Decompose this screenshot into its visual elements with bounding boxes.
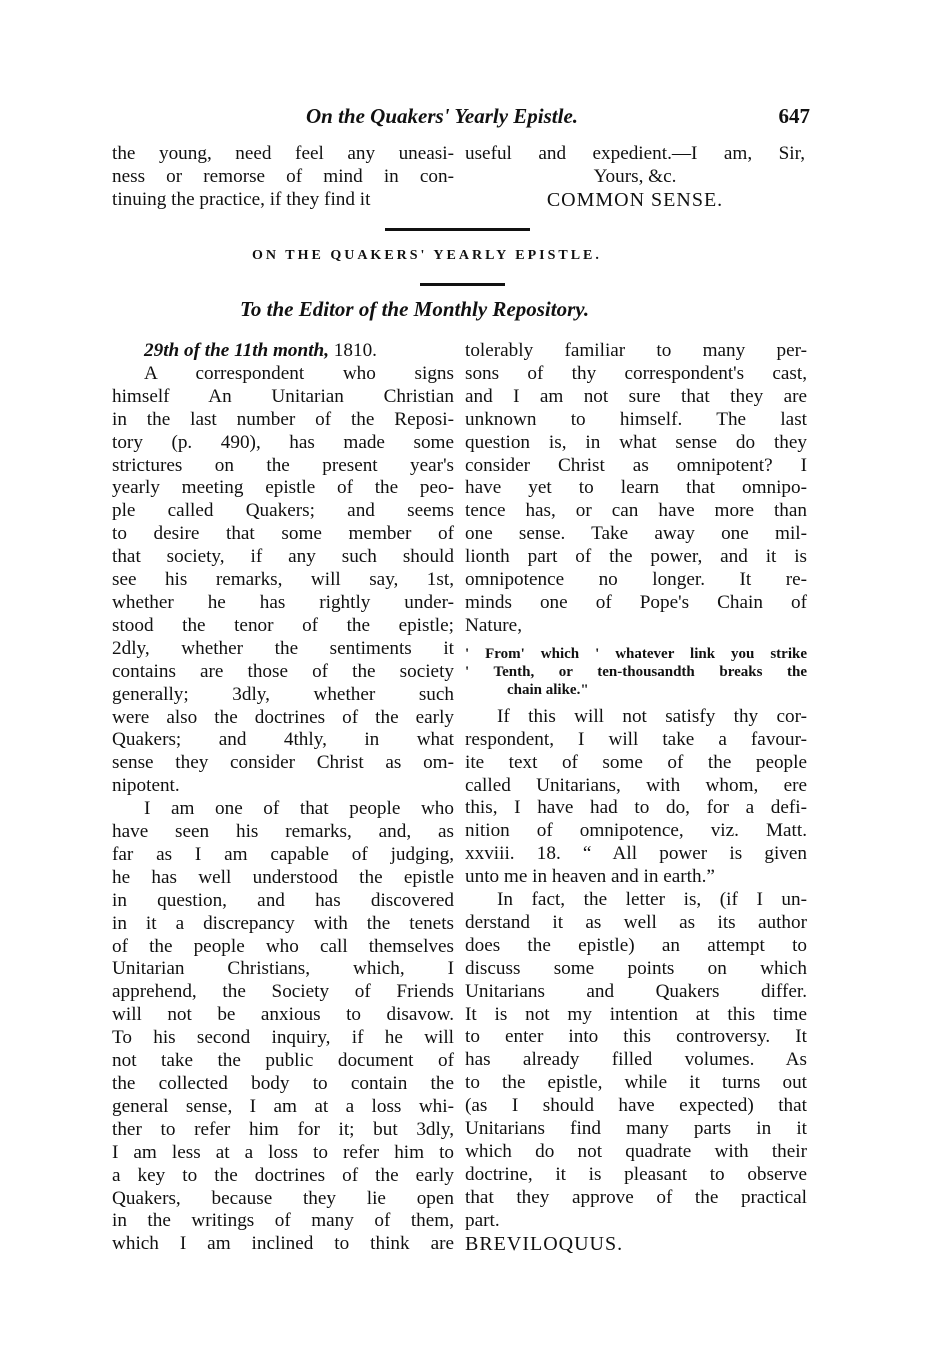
text-line: lionth part of the power, and it is <box>465 546 807 569</box>
text-line: in it a discrepancy with the tenets <box>112 913 454 936</box>
running-head: On the Quakers' Yearly Epistle. 647 <box>110 104 810 134</box>
text-line: nipotent. <box>112 775 454 798</box>
text-line: has already filled volumes. As <box>465 1049 807 1072</box>
text-line: and I am not sure that they are <box>465 386 807 409</box>
text-line: Nature, <box>465 615 807 638</box>
text-line: to desire that some member of <box>112 523 454 546</box>
quote-line: chain alike." <box>465 681 807 699</box>
text-line: that society, if any such should <box>112 546 454 569</box>
quote-line: ' From' which ' whatever link you strike <box>465 645 807 663</box>
text-line: of the people who call themselves <box>112 936 454 959</box>
previous-letter-right-column: useful and expedient.—I am, Sir, Yours, … <box>465 143 805 212</box>
text-line: unto me in heaven and in earth.” <box>465 866 807 889</box>
text-line: respondent, I will take a favour- <box>465 729 807 752</box>
previous-letter-left-column: the young, need feel any uneasi- ness or… <box>112 143 454 212</box>
block-quote: ' From' which ' whatever link you strike… <box>465 645 807 699</box>
text-line: consider Christ as omnipotent? I <box>465 455 807 478</box>
text-line: ite text of some of the people <box>465 752 807 775</box>
dateline-date: 29th of the 11th month, <box>144 340 329 361</box>
text-line: does the epistle) an attempt to <box>465 935 807 958</box>
article-right-column: tolerably familiar to many per- sons of … <box>465 340 807 1256</box>
previous-letter-signature: COMMON SENSE. <box>465 189 805 212</box>
text-line: see his remarks, will say, 1st, <box>112 569 454 592</box>
text-line: have yet to learn that omnipo- <box>465 477 807 500</box>
text-line: ther to refer him for it; but 3dly, <box>112 1119 454 1142</box>
text-line: sons of thy correspondent's cast, <box>465 363 807 386</box>
text-line: will not be anxious to disavow. <box>112 1004 454 1027</box>
text-line: the young, need feel any uneasi- <box>112 143 454 166</box>
text-line: tence has, or can have more than <box>465 500 807 523</box>
text-line: were also the doctrines of the early <box>112 707 454 730</box>
text-line: Unitarian Christians, which, I <box>112 958 454 981</box>
author-signature: BREVILOQUUS. <box>465 1233 807 1256</box>
text-line: in the last number of the Reposi- <box>112 409 454 432</box>
text-line: which I am inclined to think are <box>112 1233 454 1256</box>
text-line: tinuing the practice, if they find it <box>112 189 454 212</box>
text-line: It is not my intention at this time <box>465 1004 807 1027</box>
text-line: contains are those of the society <box>112 661 454 684</box>
text-line: the collected body to contain the <box>112 1073 454 1096</box>
text-line: ness or remorse of mind in con- <box>112 166 454 189</box>
text-line: called Unitarians, with whom, ere <box>465 775 807 798</box>
text-line: part. <box>465 1210 807 1233</box>
text-line: Unitarians find many parts in it <box>465 1118 807 1141</box>
text-line: I am less at a loss to refer him to <box>112 1142 454 1165</box>
spacer <box>465 699 807 706</box>
text-line: he has well understood the epistle <box>112 867 454 890</box>
text-line: one sense. Take away one mil- <box>465 523 807 546</box>
text-line: not take the public document of <box>112 1050 454 1073</box>
text-line: far as I am capable of judging, <box>112 844 454 867</box>
text-line: minds one of Pope's Chain of <box>465 592 807 615</box>
text-line: generally; 3dly, whether such <box>112 684 454 707</box>
text-line: xxviii. 18. “ All power is given <box>465 843 807 866</box>
text-line: tolerably familiar to many per- <box>465 340 807 363</box>
text-line: to the epistle, while it turns out <box>465 1072 807 1095</box>
text-line: to enter into this controversy. It <box>465 1026 807 1049</box>
text-line: a key to the doctrines of the early <box>112 1165 454 1188</box>
page-number: 647 <box>779 104 811 129</box>
text-line: in the writings of many of them, <box>112 1210 454 1233</box>
text-line: sense they consider Christ as om- <box>112 752 454 775</box>
text-line: question is, in what sense do they <box>465 432 807 455</box>
text-line: himself An Unitarian Christian <box>112 386 454 409</box>
text-line: discuss some points on which <box>465 958 807 981</box>
closing-salutation: Yours, &c. <box>465 166 805 189</box>
text-line: I am one of that people who <box>112 798 454 821</box>
text-line: Quakers; and 4thly, in what <box>112 729 454 752</box>
title-divider-rule <box>420 283 505 286</box>
text-line: If this will not satisfy thy cor- <box>465 706 807 729</box>
text-line: To his second inquiry, if he will <box>112 1027 454 1050</box>
spacer <box>465 638 807 645</box>
text-line: A correspondent who signs <box>112 363 454 386</box>
text-line: tory (p. 490), has made some <box>112 432 454 455</box>
text-line: (as I should have expected) that <box>465 1095 807 1118</box>
text-line: omnipotence no longer. It re- <box>465 569 807 592</box>
text-line: In fact, the letter is, (if I un- <box>465 889 807 912</box>
article-left-column: 29th of the 11th month, 1810. A correspo… <box>112 340 454 1256</box>
text-line: derstand it as well as its author <box>465 912 807 935</box>
text-line: Unitarians and Quakers differ. <box>465 981 807 1004</box>
journal-page: On the Quakers' Yearly Epistle. 647 the … <box>0 0 929 1360</box>
text-line: apprehend, the Society of Friends <box>112 981 454 1004</box>
text-line: nition of omnipotence, viz. Matt. <box>465 820 807 843</box>
text-line: whether he has rightly under- <box>112 592 454 615</box>
text-line: which do not quadrate with their <box>465 1141 807 1164</box>
section-divider-rule <box>385 228 530 231</box>
text-line: strictures on the present year's <box>112 455 454 478</box>
text-line: ple called Quakers; and seems <box>112 500 454 523</box>
text-line: useful and expedient.—I am, Sir, <box>465 143 805 166</box>
text-line: stood the tenor of the epistle; <box>112 615 454 638</box>
text-line: yearly meeting epistle of the peo- <box>112 477 454 500</box>
text-line: general sense, I am at a loss whi- <box>112 1096 454 1119</box>
text-line: unknown to himself. The last <box>465 409 807 432</box>
text-line: 2dly, whether the sentiments it <box>112 638 454 661</box>
running-title: On the Quakers' Yearly Epistle. <box>306 104 578 129</box>
text-line: doctrine, it is pleasant to observe <box>465 1164 807 1187</box>
text-line: that they approve of the practical <box>465 1187 807 1210</box>
text-line: in question, and has discovered <box>112 890 454 913</box>
dateline-year: 1810. <box>334 340 377 361</box>
text-line: Quakers, because they lie open <box>112 1188 454 1211</box>
text-line: have seen his remarks, and, as <box>112 821 454 844</box>
quote-line: ' Tenth, or ten-thousandth breaks the <box>465 663 807 681</box>
addressed-to-heading: To the Editor of the Monthly Repository. <box>240 297 589 322</box>
text-line: this, I have had to do, for a defi- <box>465 797 807 820</box>
section-title: ON THE QUAKERS' YEARLY EPISTLE. <box>252 248 602 264</box>
dateline: 29th of the 11th month, 1810. <box>112 340 454 363</box>
